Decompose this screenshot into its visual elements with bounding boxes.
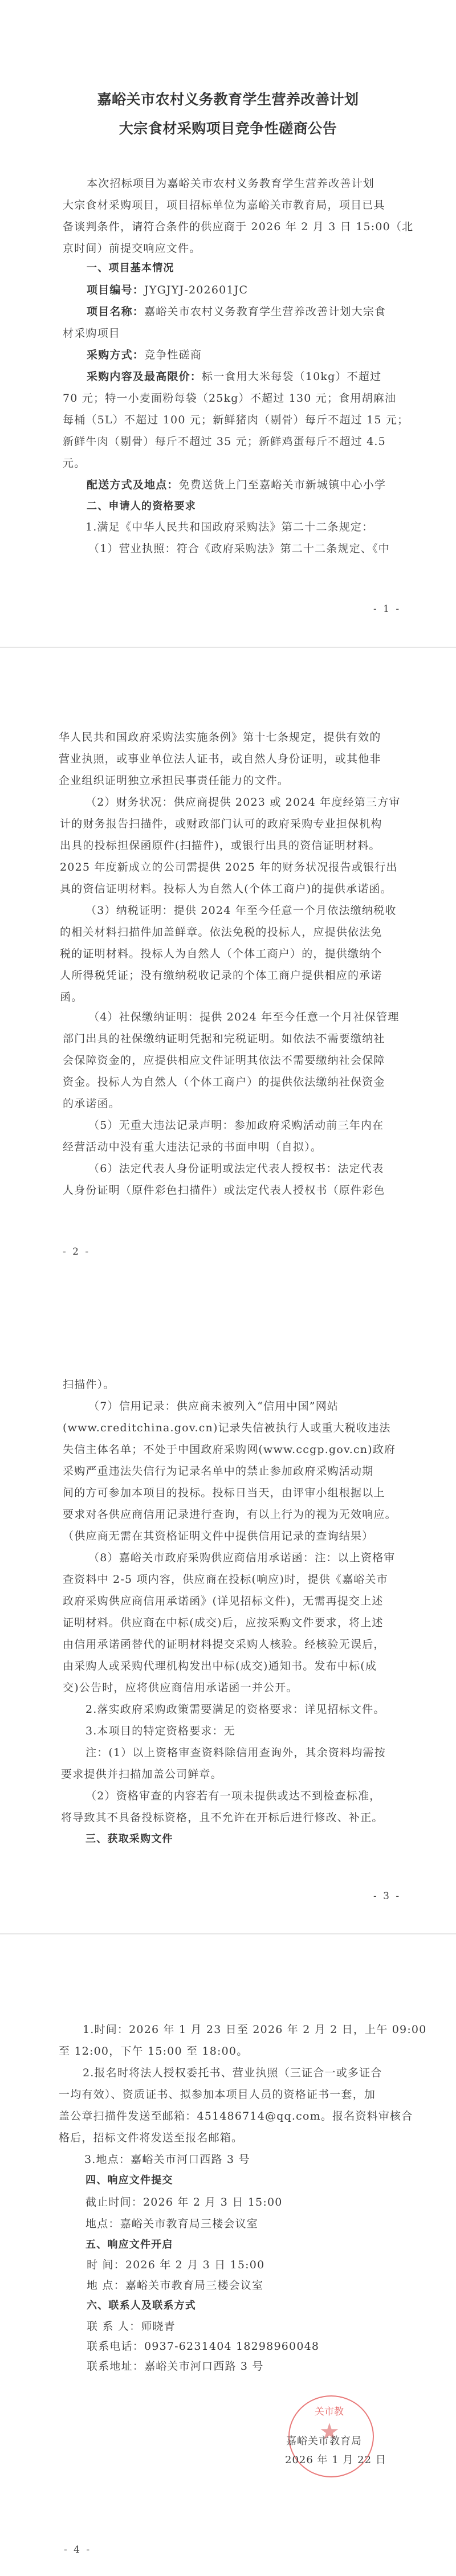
p1-line: （1）营业执照：符合《政府采购法》第二十二条规定、《中 bbox=[88, 542, 456, 556]
project-number-row: 项目编号：JYGJYJ-202601JC bbox=[87, 283, 456, 297]
note-line: 将导致其不具备投标资格，且不允许在开标后进行修改、补正。 bbox=[61, 1811, 456, 1824]
title-line-1: 嘉峪关市农村义务教育学生营养改善计划 bbox=[0, 93, 456, 107]
content-value: 标一食用大米每袋（10kg）不超过 bbox=[202, 370, 381, 383]
page-number: - 4 - bbox=[64, 2544, 91, 2555]
delivery-value: 免费送货上门至嘉峪关市新城镇中心小学 bbox=[179, 479, 386, 491]
delivery-row: 配送方式及地点：免费送货上门至嘉峪关市新城镇中心小学 bbox=[87, 478, 456, 492]
submit-location: 地点：嘉峪关市教育局三楼会议室 bbox=[85, 2217, 456, 2231]
p5-line: 经营活动中没有重大违法记录的书面申明（自拟）。 bbox=[63, 1140, 456, 1154]
page-divider bbox=[0, 1933, 456, 1934]
p8-line: （8）嘉峪关市政府采购供应商信用承诺函：注：以上资格审 bbox=[88, 1551, 456, 1565]
p7-line: 采购严重违法失信行为记录名单中的禁止参加政府采购活动期 bbox=[63, 1464, 456, 1478]
content-line: 70 元；特一小麦面粉每袋（25kg）不超过 130 元；食用胡麻油 bbox=[63, 391, 456, 405]
item-3: 3.本项目的特定资格要求：无 bbox=[85, 1724, 456, 1738]
p8-line: 交)公告时，应将供应商信用承诺函一并公开。 bbox=[63, 1681, 456, 1695]
p4-line: 资金。投标人为自然人（个体工商户）的提供依法缴纳社保资金 bbox=[63, 1075, 456, 1089]
item-2: 2.落实政府采购政策需要满足的资格要求：详见招标文件。 bbox=[85, 1703, 456, 1716]
delivery-label: 配送方式及地点： bbox=[87, 479, 179, 491]
p3-line: （3）纳税证明：提供 2024 年至今任意一个月依法缴纳税收 bbox=[85, 904, 456, 917]
p8-line: 证明材料。供应商在中标(成交)后，应按采购文件要求，将上述 bbox=[63, 1616, 456, 1630]
item-1: 1.满足《中华人民共和国政府采购法》第二十二条规定： bbox=[85, 520, 456, 534]
p7-line: (www.creditchina.gov.cn)记录失信被执行人或重大税收违法 bbox=[63, 1421, 456, 1435]
content-line: 新鲜牛肉（剔骨）每斤不超过 35 元；新鲜鸡蛋每斤不超过 4.5 bbox=[63, 435, 456, 448]
open-location: 地 点：嘉峪关市教育局三楼会议室 bbox=[87, 2279, 456, 2292]
p8-line: 查资料中 2-5 项内容，供应商在投标(响应)时，提供《嘉峪关市 bbox=[63, 1573, 456, 1586]
content-row: 采购内容及最高限价：标一食用大米每袋（10kg）不超过 bbox=[87, 370, 456, 383]
s3-line: 1.时间：2026 年 1 月 23 日至 2026 年 2 月 2 日，上午 … bbox=[83, 2023, 456, 2036]
section-heading-5: 五、响应文件开启 bbox=[85, 2238, 456, 2252]
open-time: 时 间：2026 年 2 月 3 日 15:00 bbox=[87, 2258, 456, 2272]
method-label: 采购方式： bbox=[87, 349, 144, 361]
p7-line: 间的方可参加本项目的投标。投标日当天，由评审小组根据以上 bbox=[63, 1486, 456, 1500]
intro-line: 备谈判条件，请符合条件的供应商于 2026 年 2 月 3 日 15:00（北 bbox=[63, 220, 456, 234]
contact-person: 联 系 人：师晓青 bbox=[87, 2320, 456, 2333]
page-number: - 2 - bbox=[63, 1246, 90, 1258]
s3-line: 盖公章扫描件发送至邮箱：451486714@qq.com。报名资料审核合 bbox=[59, 2109, 456, 2123]
p4-line: （4）社保缴纳证明：提供 2024 年至今任意一个月社保管理 bbox=[88, 1010, 456, 1024]
p6-line: 人身份证明（原件彩色扫描件）或法定代表人授权书（原件彩色 bbox=[63, 1183, 456, 1197]
p2-line: 出具的投标担保函原件(扫描件)，或银行出具的资信证明材料。 bbox=[60, 839, 456, 852]
note-line: 注：(1）以上资格审查资料除信用查询外，其余资料均需按 bbox=[85, 1746, 456, 1759]
p8-line: 由信用承诺函替代的证明材料提交采购人核验。经核验无误后， bbox=[63, 1638, 456, 1651]
title-line-2: 大宗食材采购项目竞争性磋商公告 bbox=[0, 122, 456, 136]
p4-line: 的承诺函。 bbox=[63, 1097, 456, 1111]
method-row: 采购方式：竞争性磋商 bbox=[87, 348, 456, 362]
project-number-label: 项目编号： bbox=[87, 284, 144, 296]
p7-line: 要求对各供应商信用记录进行查询，有以上行为的视为无效响应。 bbox=[63, 1508, 456, 1521]
p4-line: 会保障资金的，应提供相应文件证明其依法不需要缴纳社会保障 bbox=[63, 1054, 456, 1067]
content-line: 每桶（5L）不超过 100 元；新鲜猪肉（剔骨）每斤不超过 15 元； bbox=[63, 413, 456, 427]
submit-deadline: 截止时间：2026 年 2 月 3 日 15:00 bbox=[85, 2195, 456, 2209]
p4-line: 部门出具的社保缴纳证明凭据和完税证明。如依法不需要缴纳社 bbox=[63, 1032, 456, 1046]
p8-line: 由采购人或采购代理机构发出中标(成交)通知书。发布中标(成 bbox=[63, 1659, 456, 1673]
s3-line: 格后，招标文件将发送至报名邮箱。 bbox=[59, 2131, 456, 2145]
p5-line: （5）无重大违法记录声明：参加政府采购活动前三年内在 bbox=[88, 1118, 456, 1132]
p1-line: 华人民共和国政府采购法实施条例》第十七条规定，提供有效的 bbox=[59, 730, 456, 744]
signature-date: 2026 年 1 月 22 日 bbox=[285, 2452, 386, 2467]
page-number: - 1 - bbox=[373, 603, 401, 615]
signature-org: 嘉峪关市教育局 bbox=[286, 2433, 362, 2448]
method-value: 竞争性磋商 bbox=[144, 349, 202, 361]
p3-line: 人所得税凭证；没有缴纳税收记录的个体工商户提供相应的承诺 bbox=[60, 969, 456, 982]
project-name-label: 项目名称： bbox=[87, 305, 144, 318]
p7-line: 失信主体名单；不处于中国政府采购网(www.ccgp.gov.cn)政府 bbox=[63, 1443, 456, 1456]
contact-phone: 联系电话：0937-6231404 18298960048 bbox=[87, 2340, 456, 2353]
s3-line: 一均有效）、资质证书、拟参加本项目人员的资格证书一套，加 bbox=[59, 2088, 456, 2101]
p6-line: 扫描件）。 bbox=[63, 1378, 456, 1391]
seal-text: 关市教 bbox=[315, 2403, 344, 2418]
p2-line: 2025 年度新成立的公司需提供 2025 年的财务状况报告或银行出 bbox=[60, 860, 456, 874]
note-line: （2）资格审查的内容若有一项未提供或达不到检查标准， bbox=[85, 1789, 456, 1803]
project-number-value: JYGJYJ-202601JC bbox=[144, 284, 248, 296]
p1-line: 企业组织证明独立承担民事责任能力的文件。 bbox=[59, 774, 456, 787]
project-name-row: 项目名称：嘉峪关市农村义务教育学生营养改善计划大宗食 bbox=[87, 305, 456, 319]
p2-line: 计的财务报告扫描件，或财政部门认可的政府采购专业担保机构 bbox=[60, 817, 456, 831]
note-line: 要求提供并扫描加盖公司鲜章。 bbox=[61, 1767, 456, 1781]
p3-line: 函。 bbox=[60, 990, 456, 1004]
s3-line: 3.地点：嘉峪关市河口西路 3 号 bbox=[84, 2153, 456, 2166]
p7-line: （7）信用记录：供应商未被列入“信用中国”网站 bbox=[88, 1399, 456, 1413]
p8-line: 政府采购供应商信用承诺函》(详见招标文件)，无需再提交上述 bbox=[63, 1594, 456, 1608]
s3-line: 2.报名时将法人授权委托书、营业执照（三证合一或多证合 bbox=[83, 2066, 456, 2080]
intro-line: 京时间）前提交响应文件。 bbox=[63, 242, 456, 255]
project-name-value: 嘉峪关市农村义务教育学生营养改善计划大宗食 bbox=[144, 305, 386, 318]
p2-line: （2）财务状况：供应商提供 2023 或 2024 年度经第三方审 bbox=[85, 795, 456, 809]
content-line: 元。 bbox=[63, 456, 456, 470]
section-heading-3: 三、获取采购文件 bbox=[85, 1832, 456, 1846]
p7-line: （供应商无需在其资格证明文件中提供信用记录的查询结果） bbox=[63, 1529, 456, 1543]
section-heading-2: 二、申请人的资格要求 bbox=[87, 500, 456, 513]
p2-line: 具的资信证明材料。投标人为自然人(个体工商户)的提供承诺函。 bbox=[60, 882, 456, 896]
page-number: - 3 - bbox=[373, 1891, 401, 1902]
p3-line: 税的证明材料。投标人为自然人（个体工商户）的，提供缴纳个 bbox=[60, 947, 456, 961]
p3-line: 的相关材料扫描件加盖鲜章。依法免税的投标人，应提供依法免 bbox=[60, 925, 456, 939]
contact-address: 联系地址：嘉峪关市河口西路 3 号 bbox=[87, 2359, 456, 2373]
section-heading-4: 四、响应文件提交 bbox=[85, 2174, 456, 2187]
section-heading-1: 一、项目基本情况 bbox=[87, 262, 456, 275]
p6-line: （6）法定代表人身份证明或法定代表人授权书：法定代表 bbox=[88, 1162, 456, 1175]
intro-line: 大宗食材采购项目，项目招标单位为嘉峪关市教育局，项目已具 bbox=[63, 198, 456, 212]
intro-line: 本次招标项目为嘉峪关市农村义务教育学生营养改善计划 bbox=[87, 177, 456, 190]
page-divider bbox=[0, 647, 456, 648]
s3-line: 至 12:00，下午 15:00 至 18:00。 bbox=[59, 2044, 456, 2058]
project-name-cont: 材采购项目 bbox=[63, 326, 456, 340]
content-label: 采购内容及最高限价： bbox=[87, 370, 202, 383]
section-heading-6: 六、联系人及联系方式 bbox=[87, 2299, 456, 2313]
p1-line: 营业执照，或事业单位法人证书，或自然人身份证明，或其他非 bbox=[59, 752, 456, 766]
